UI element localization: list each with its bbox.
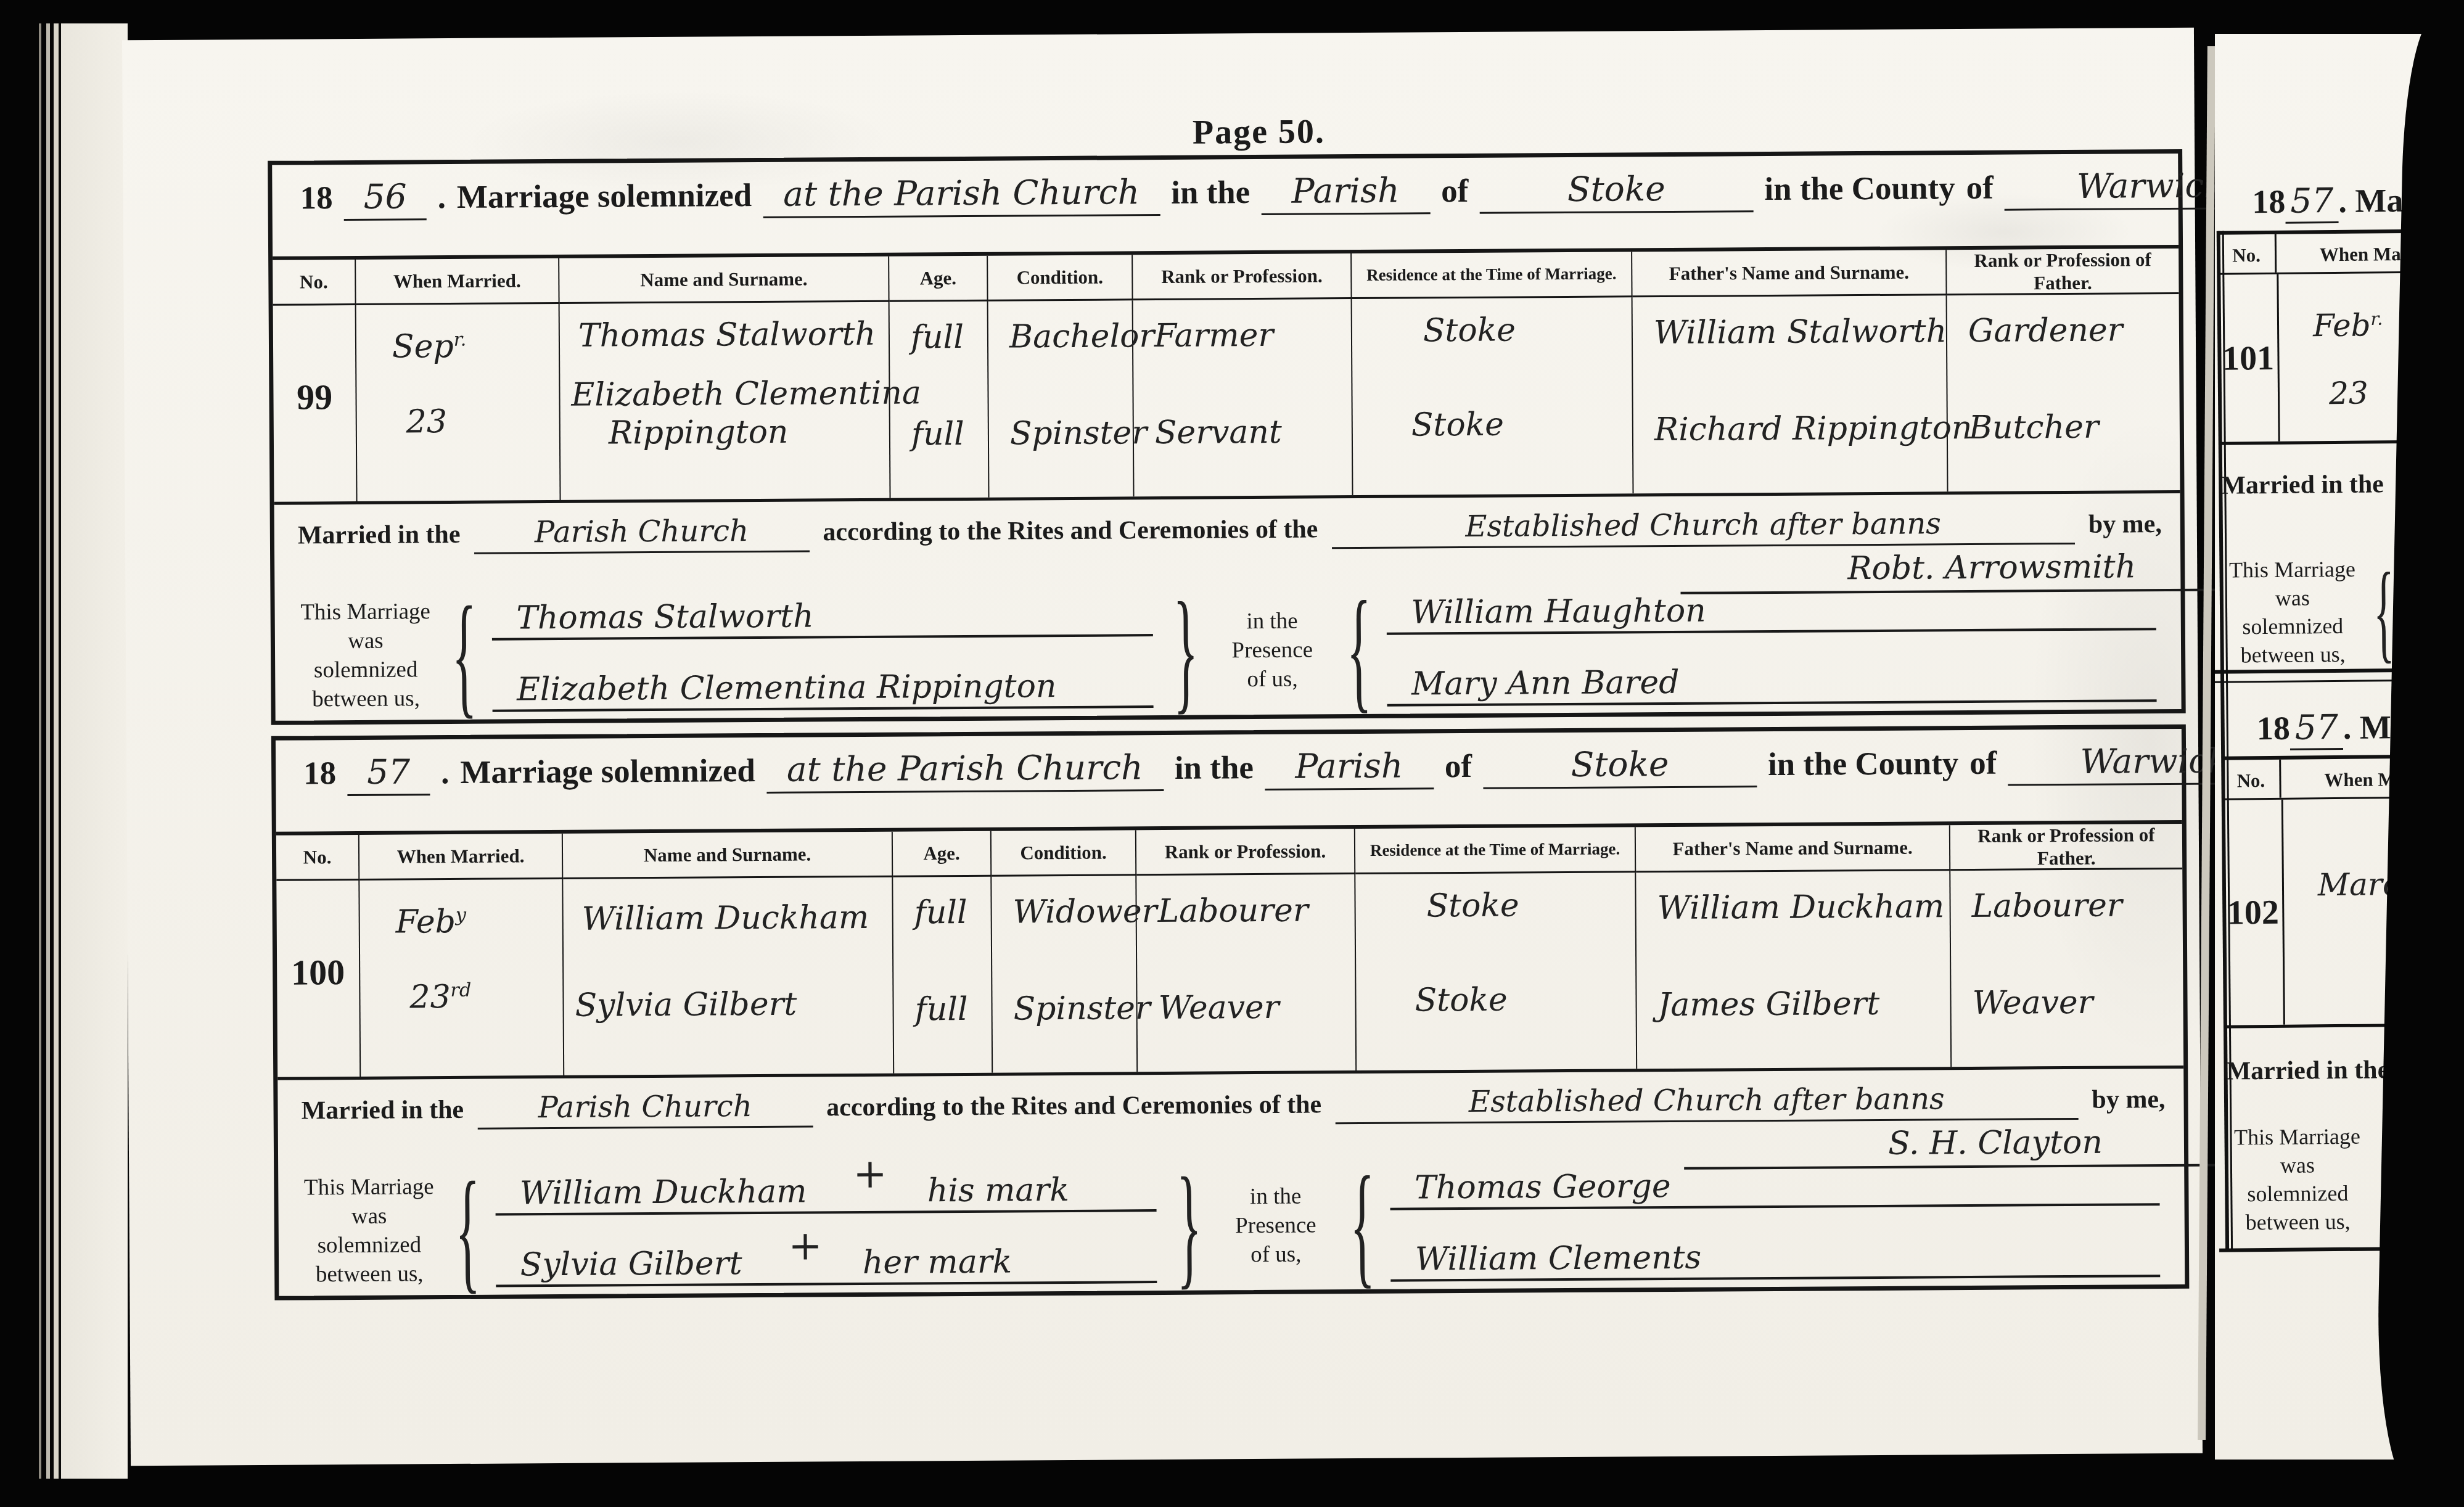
column-header-no: No. bbox=[2222, 760, 2281, 799]
column-header-father-rank: Rank or Profession of Father. bbox=[1947, 248, 2179, 295]
parish-name-handwritten: Stoke bbox=[1479, 168, 1753, 214]
her-mark-cross: + bbox=[788, 1222, 823, 1269]
this-marriage-label: This Marriagewas solemnizedbetween us, bbox=[2223, 1122, 2372, 1237]
parish-fill-handwritten: Parish bbox=[1261, 170, 1430, 215]
year-digits-handwritten: 57 bbox=[347, 752, 430, 796]
parish-fill-handwritten: Parish bbox=[1265, 745, 1434, 790]
column-header-when-married: When Married. bbox=[359, 834, 563, 881]
column-header-no: No. bbox=[2218, 234, 2277, 273]
rites-fill: Established Church after banns bbox=[1331, 506, 2075, 549]
groom-name: William Duckham bbox=[582, 899, 869, 938]
parish-name-handwritten: Stoke bbox=[1483, 744, 1757, 789]
marriage-entry-1857: 1857. Marriage solemnized at the Parish … bbox=[271, 725, 2190, 1300]
rites-label: according to the Rites and Ceremonies of… bbox=[826, 1090, 1321, 1122]
column-header-residence: Residence at the Time of Marriage. bbox=[1355, 827, 1636, 874]
entry-header-line: 1856. Marriage solemnized at the Parish … bbox=[300, 166, 2153, 221]
marriage-entry-1856: 1856. Marriage solemnized at the Parish … bbox=[268, 149, 2186, 725]
scanned-register-page: Page 50. 1856. Marriage solemnized at th… bbox=[0, 0, 2464, 1507]
county-label: in the County bbox=[1764, 170, 1955, 208]
cell-names: William Duckham Sylvia Gilbert bbox=[563, 877, 894, 1075]
cell-age: full full bbox=[890, 302, 990, 498]
bride-name: Sylvia Gilbert bbox=[575, 986, 797, 1025]
period: . bbox=[441, 754, 450, 791]
column-header-father-rank: Rank or Profession of Father. bbox=[1950, 824, 2182, 871]
bride-name: Elizabeth ClementinaRippington bbox=[571, 374, 921, 451]
rites-fill: Established Church after banns bbox=[1335, 1081, 2079, 1124]
church-fill-handwritten: at the Parish Church bbox=[766, 747, 1164, 794]
his-mark-cross: + bbox=[853, 1150, 887, 1197]
column-header-rank: Rank or Profession. bbox=[1133, 253, 1352, 300]
married-in-line: Married in the Parish Church according t… bbox=[298, 505, 2162, 555]
bride-signature-line: Elizabeth Clementina Rippington bbox=[492, 665, 1153, 712]
church-fill-handwritten: at the Parish Church bbox=[763, 172, 1160, 218]
solemnized-block: This Marriagewas solemnizedbetween us, {… bbox=[288, 586, 2167, 714]
column-header-rank: Rank or Profession. bbox=[1136, 829, 1355, 876]
cell-father-name: William Stalworth Richard Rippington bbox=[1633, 295, 1949, 493]
year-prefix: 18 bbox=[300, 179, 332, 216]
this-marriage-label: This Marriagewas solemnizedbetween us, bbox=[288, 597, 443, 714]
column-header-father: Father's Name and Surname. bbox=[1636, 825, 1950, 873]
column-header-age: Age. bbox=[893, 831, 992, 877]
of-label: of bbox=[1441, 173, 1469, 210]
married-in-label: Married in the bbox=[301, 1095, 464, 1126]
column-header-name: Name and Surname. bbox=[559, 257, 889, 304]
presence-label: in thePresence of us, bbox=[1210, 1181, 1342, 1269]
groom-name: Thomas Stalworth bbox=[578, 316, 876, 355]
cell-entry-number: 102 bbox=[2223, 800, 2285, 1025]
book-page-stack-edge bbox=[34, 23, 128, 1479]
column-header-condition: Condition. bbox=[992, 830, 1136, 876]
cell-names: Thomas Stalworth Elizabeth ClementinaRip… bbox=[560, 302, 891, 500]
cell-when-married: Sepr. 23 bbox=[356, 304, 561, 501]
solemnized-block: This Marriagewas solemnizedbetween us, {… bbox=[292, 1162, 2171, 1289]
rites-label: according to the Rites and Ceremonies of… bbox=[823, 514, 1318, 547]
year-digits-handwritten: 57 bbox=[2289, 707, 2343, 750]
cell-age: full full bbox=[893, 877, 993, 1074]
cell-father-rank: Labourer Weaver bbox=[1950, 869, 2183, 1067]
year-digits-handwritten: 57 bbox=[2285, 181, 2339, 224]
period: . bbox=[437, 179, 446, 216]
witness-signature-line: William Haughton bbox=[1386, 587, 2156, 635]
column-header-condition: Condition. bbox=[988, 255, 1133, 301]
witness-signatures: William Haughton Mary Ann Bared bbox=[1380, 587, 2167, 707]
by-me-label: by me, bbox=[2092, 1085, 2165, 1115]
brace-close: } bbox=[1176, 1147, 1202, 1305]
marriage-solemnized-label: Marriage solemnized bbox=[460, 752, 755, 791]
column-header-no: No. bbox=[273, 260, 356, 306]
cell-residence: Stoke Stoke bbox=[1355, 873, 1637, 1070]
in-the-label: in the bbox=[1175, 749, 1254, 787]
witness-signature-line: William Clements bbox=[1390, 1234, 2161, 1282]
presence-label: in thePresence of us, bbox=[1207, 606, 1338, 694]
year-digits-handwritten: 56 bbox=[343, 176, 426, 221]
cell-residence: Stoke Stoke bbox=[1352, 297, 1634, 495]
married-in-label: Married in the bbox=[298, 520, 461, 551]
married-in-fill: Parish Church bbox=[474, 513, 809, 554]
of-label: of bbox=[1969, 745, 1997, 782]
groom-signature-line: William Duckham + his mark bbox=[495, 1168, 1156, 1216]
by-me-label: by me, bbox=[2088, 509, 2162, 540]
cell-rank: Labourer Weaver bbox=[1136, 874, 1357, 1072]
cell-condition: Widower Spinster bbox=[992, 876, 1138, 1072]
in-the-label: in the bbox=[1171, 174, 1250, 211]
column-header-no: No. bbox=[276, 835, 359, 881]
witness-signature-line: Mary Ann Bared bbox=[1387, 659, 2157, 707]
entry-header-line: 1857. Marriage solemnized at the Parish … bbox=[303, 741, 2157, 796]
column-header-name: Name and Surname. bbox=[563, 832, 893, 879]
cell-entry-number: 100 bbox=[276, 881, 361, 1077]
column-header-age: Age. bbox=[889, 256, 988, 302]
groom-signature-line: Thomas Stalworth bbox=[491, 593, 1152, 641]
column-header-father: Father's Name and Surname. bbox=[1632, 250, 1947, 297]
married-in-line: Married in the Parish Church according t… bbox=[301, 1080, 2165, 1130]
witness-signatures: Thomas George William Clements bbox=[1384, 1162, 2171, 1282]
brace-close: } bbox=[1173, 572, 1199, 729]
cell-condition: Bachelor Spinster bbox=[988, 300, 1135, 497]
brace-open: { bbox=[1346, 570, 1372, 728]
page-number-title: Page 50. bbox=[1193, 112, 1325, 152]
brace-open: { bbox=[1350, 1146, 1376, 1304]
witness-signature-line: Thomas George bbox=[1390, 1162, 2160, 1210]
couple-signatures: William Duckham + his mark Sylvia Gilber… bbox=[489, 1168, 1168, 1287]
year-prefix: 18 bbox=[303, 755, 336, 792]
bride-signature-line: Sylvia Gilbert + her mark bbox=[496, 1240, 1157, 1287]
register-table: No. When Married. Name and Surname. Age.… bbox=[276, 820, 2183, 1080]
of-label: of bbox=[1445, 748, 1472, 785]
cell-when-married: Feby 23rd bbox=[359, 879, 564, 1077]
married-in-fill: Parish Church bbox=[477, 1088, 813, 1129]
of-label: of bbox=[1966, 170, 1994, 207]
cell-entry-number: 99 bbox=[273, 305, 358, 502]
brace-open: { bbox=[451, 576, 477, 734]
cell-father-rank: Gardener Butcher bbox=[1947, 294, 2180, 491]
couple-signatures: Thomas Stalworth Elizabeth Clementina Ri… bbox=[485, 593, 1164, 712]
cell-father-name: William Duckham James Gilbert bbox=[1636, 871, 1952, 1069]
county-label: in the County bbox=[1768, 745, 1959, 783]
register-table: No. When Married. Name and Surname. Age.… bbox=[273, 245, 2180, 505]
register-right-page-partial: 1857. Marri No. When Mar 101 Febr. 23 Ma… bbox=[2215, 34, 2464, 1460]
column-header-when-married: When Married. bbox=[356, 258, 559, 305]
column-header-residence: Residence at the Time of Marriage. bbox=[1352, 252, 1632, 299]
register-left-page: Page 50. 1856. Marriage solemnized at th… bbox=[122, 28, 2203, 1466]
this-marriage-label: This Marriagewas solemnizedbetween us, bbox=[292, 1172, 446, 1289]
cell-rank: Farmer Servant bbox=[1133, 299, 1353, 496]
cell-entry-number: 101 bbox=[2218, 274, 2280, 442]
brace-open: { bbox=[455, 1151, 481, 1309]
marriage-solemnized-label: Marriage solemnized bbox=[457, 177, 752, 216]
this-marriage-label: This Marriagewas solemnizedbetween us, bbox=[2218, 555, 2367, 670]
